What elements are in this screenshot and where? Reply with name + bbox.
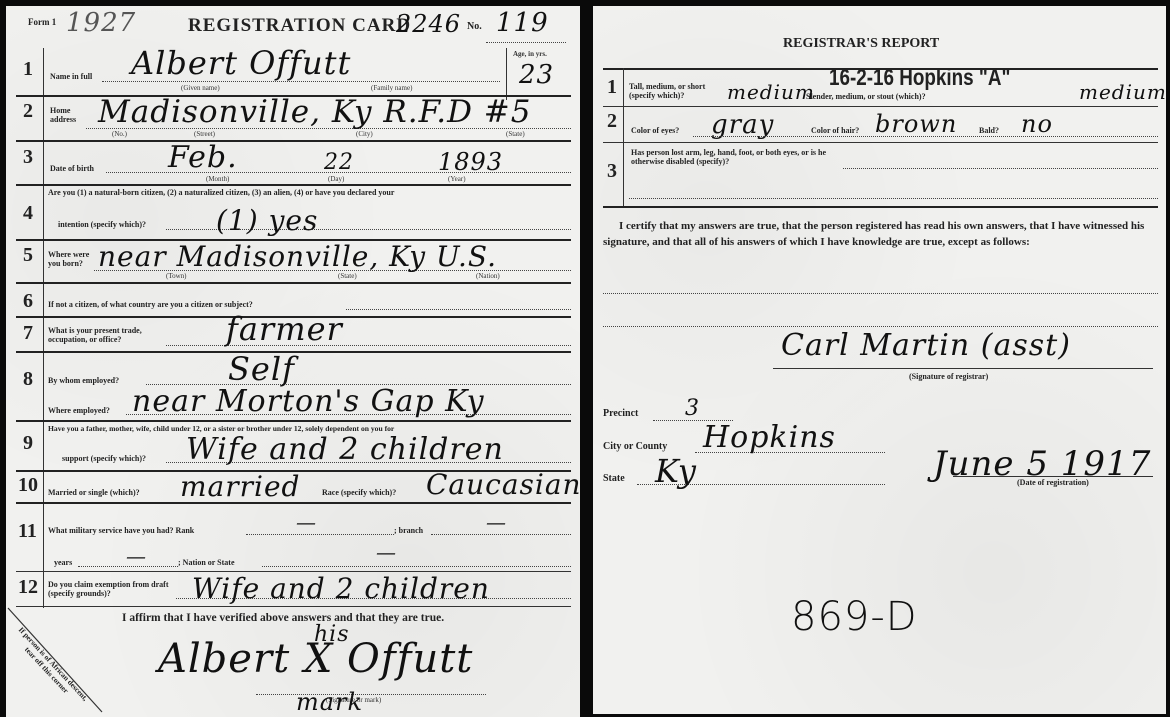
state-label: State	[603, 474, 625, 483]
file-code: 869-D	[791, 594, 918, 640]
sub-label: (City)	[356, 130, 373, 138]
citizenship-label: Are you (1) a natural-born citizen, (2) …	[48, 188, 568, 197]
county-value: Hopkins	[703, 420, 836, 455]
county-label: City or County	[603, 442, 667, 451]
certification-text: I certify that my answers are true, that…	[603, 218, 1158, 250]
military-nation-value: —	[376, 540, 397, 564]
dob-year: 1893	[438, 148, 503, 176]
dob-label: Date of birth	[50, 164, 94, 173]
military-rank-label: What military service have you had? Rank	[48, 526, 194, 535]
dob-day: 22	[324, 150, 354, 175]
employer-label: By whom employed?	[48, 376, 119, 385]
card-number: 119	[496, 8, 549, 38]
sub-label: (No.)	[112, 130, 127, 138]
sub-label: (Given name)	[181, 84, 220, 92]
build-label: Slender, medium, or stout (which)?	[806, 92, 926, 101]
item-number: 11	[18, 520, 37, 543]
item-number: 2	[23, 100, 33, 123]
exemption-value: Wife and 2 children	[192, 572, 490, 605]
affirmation-text: I affirm that I have verified above answ…	[122, 612, 444, 624]
build-value: medium	[1079, 80, 1167, 104]
dependents-label-2: support (specify which)?	[62, 454, 146, 463]
marital-value: married	[180, 470, 300, 503]
item-number: 3	[23, 146, 33, 169]
corner-tear-line	[6, 604, 116, 717]
form-year: 1927	[66, 8, 136, 38]
date-caption: (Date of registration)	[1017, 478, 1089, 487]
registrar-caption: (Signature of registrar)	[909, 372, 988, 381]
sub-label: (Street)	[194, 130, 215, 138]
hair-color-value: brown	[875, 110, 957, 138]
item-number: 7	[23, 322, 33, 345]
registrar-report-back: REGISTRAR'S REPORT 16-2-16 Hopkins "A" 1…	[593, 6, 1166, 714]
item-number: 3	[607, 160, 617, 183]
hair-color-label: Color of hair?	[811, 126, 859, 135]
occupation-value: farmer	[226, 310, 343, 348]
address-value: Madisonville, Ky R.F.D #5	[98, 94, 532, 130]
citizenship-label-2: intention (specify which)?	[58, 220, 146, 229]
age-label: Age, in yrs.	[513, 50, 547, 58]
address-label: Home address	[50, 106, 84, 124]
occupation-label: What is your present trade, occupation, …	[48, 326, 173, 344]
card-title: REGISTRATION CARD	[188, 15, 411, 37]
employer-value: Self	[228, 350, 295, 388]
registration-card-front: Form 1 1927 REGISTRATION CARD 2246 No. 1…	[6, 6, 580, 717]
item-number: 5	[23, 244, 33, 267]
hopkins-stamp: 16-2-16 Hopkins "A"	[829, 64, 1010, 91]
item-number: 1	[23, 58, 33, 81]
precinct-value: 3	[685, 396, 700, 421]
bald-label: Bald?	[979, 126, 999, 135]
dependents-value: Wife and 2 children	[186, 432, 504, 467]
sub-label: (Nation)	[476, 272, 500, 280]
eye-color-label: Color of eyes?	[631, 126, 679, 135]
bald-value: no	[1021, 110, 1053, 138]
item-number: 8	[23, 368, 33, 391]
no-label: No.	[467, 22, 482, 31]
citizenship-value: (1) yes	[216, 204, 318, 237]
height-label: Tall, medium, or short (specify which)?	[629, 82, 724, 100]
marital-label: Married or single (which)?	[48, 488, 140, 497]
form-label: Form 1	[28, 18, 56, 27]
name-value: Albert Offutt	[131, 44, 351, 82]
sub-label: (Town)	[166, 272, 187, 280]
item-number: 10	[18, 474, 38, 497]
item-number: 12	[18, 576, 38, 599]
name-label: Name in full	[50, 72, 92, 81]
military-nation-label: ; Nation or State	[178, 558, 235, 567]
card-serial: 2246	[396, 10, 461, 38]
registrar-signature: Carl Martin (asst)	[781, 328, 1071, 363]
military-years-label: years	[54, 558, 72, 567]
foreign-citizenship-label: If not a citizen, of what country are yo…	[48, 300, 253, 309]
sub-label: (Family name)	[371, 84, 412, 92]
sub-label: (Year)	[448, 175, 466, 183]
birthplace-value: near Madisonville, Ky U.S.	[98, 240, 497, 273]
registrant-signature: Albert X Offutt	[158, 636, 473, 682]
military-rank-value: —	[296, 510, 317, 534]
military-branch-label: ; branch	[394, 526, 423, 535]
height-value: medium	[727, 80, 815, 104]
sub-label: (State)	[506, 130, 525, 138]
military-years-value: —	[126, 544, 147, 568]
dob-month: Feb.	[168, 140, 238, 175]
military-branch-value: —	[486, 510, 507, 534]
state-value: Ky	[655, 452, 697, 490]
signature-mark: mark	[296, 688, 363, 716]
report-title: REGISTRAR'S REPORT	[783, 36, 939, 52]
precinct-label: Precinct	[603, 409, 638, 418]
sub-label: (Day)	[328, 175, 344, 183]
birthplace-label: Where were you born?	[48, 250, 98, 268]
race-value: Caucasian	[426, 468, 582, 501]
item-number: 4	[23, 202, 33, 225]
age-value: 23	[519, 60, 554, 90]
disability-label: Has person lost arm, leg, hand, foot, or…	[631, 148, 846, 166]
race-label: Race (specify which)?	[322, 488, 396, 497]
item-number: 6	[23, 290, 33, 313]
exemption-label: Do you claim exemption from draft (speci…	[48, 580, 178, 598]
item-number: 2	[607, 110, 617, 133]
employment-place-value: near Morton's Gap Ky	[132, 384, 485, 419]
sub-label: (Month)	[206, 175, 229, 183]
item-number: 1	[607, 76, 617, 99]
sub-label: (State)	[338, 272, 357, 280]
item-number: 9	[23, 432, 33, 455]
employment-place-label: Where employed?	[48, 406, 110, 415]
